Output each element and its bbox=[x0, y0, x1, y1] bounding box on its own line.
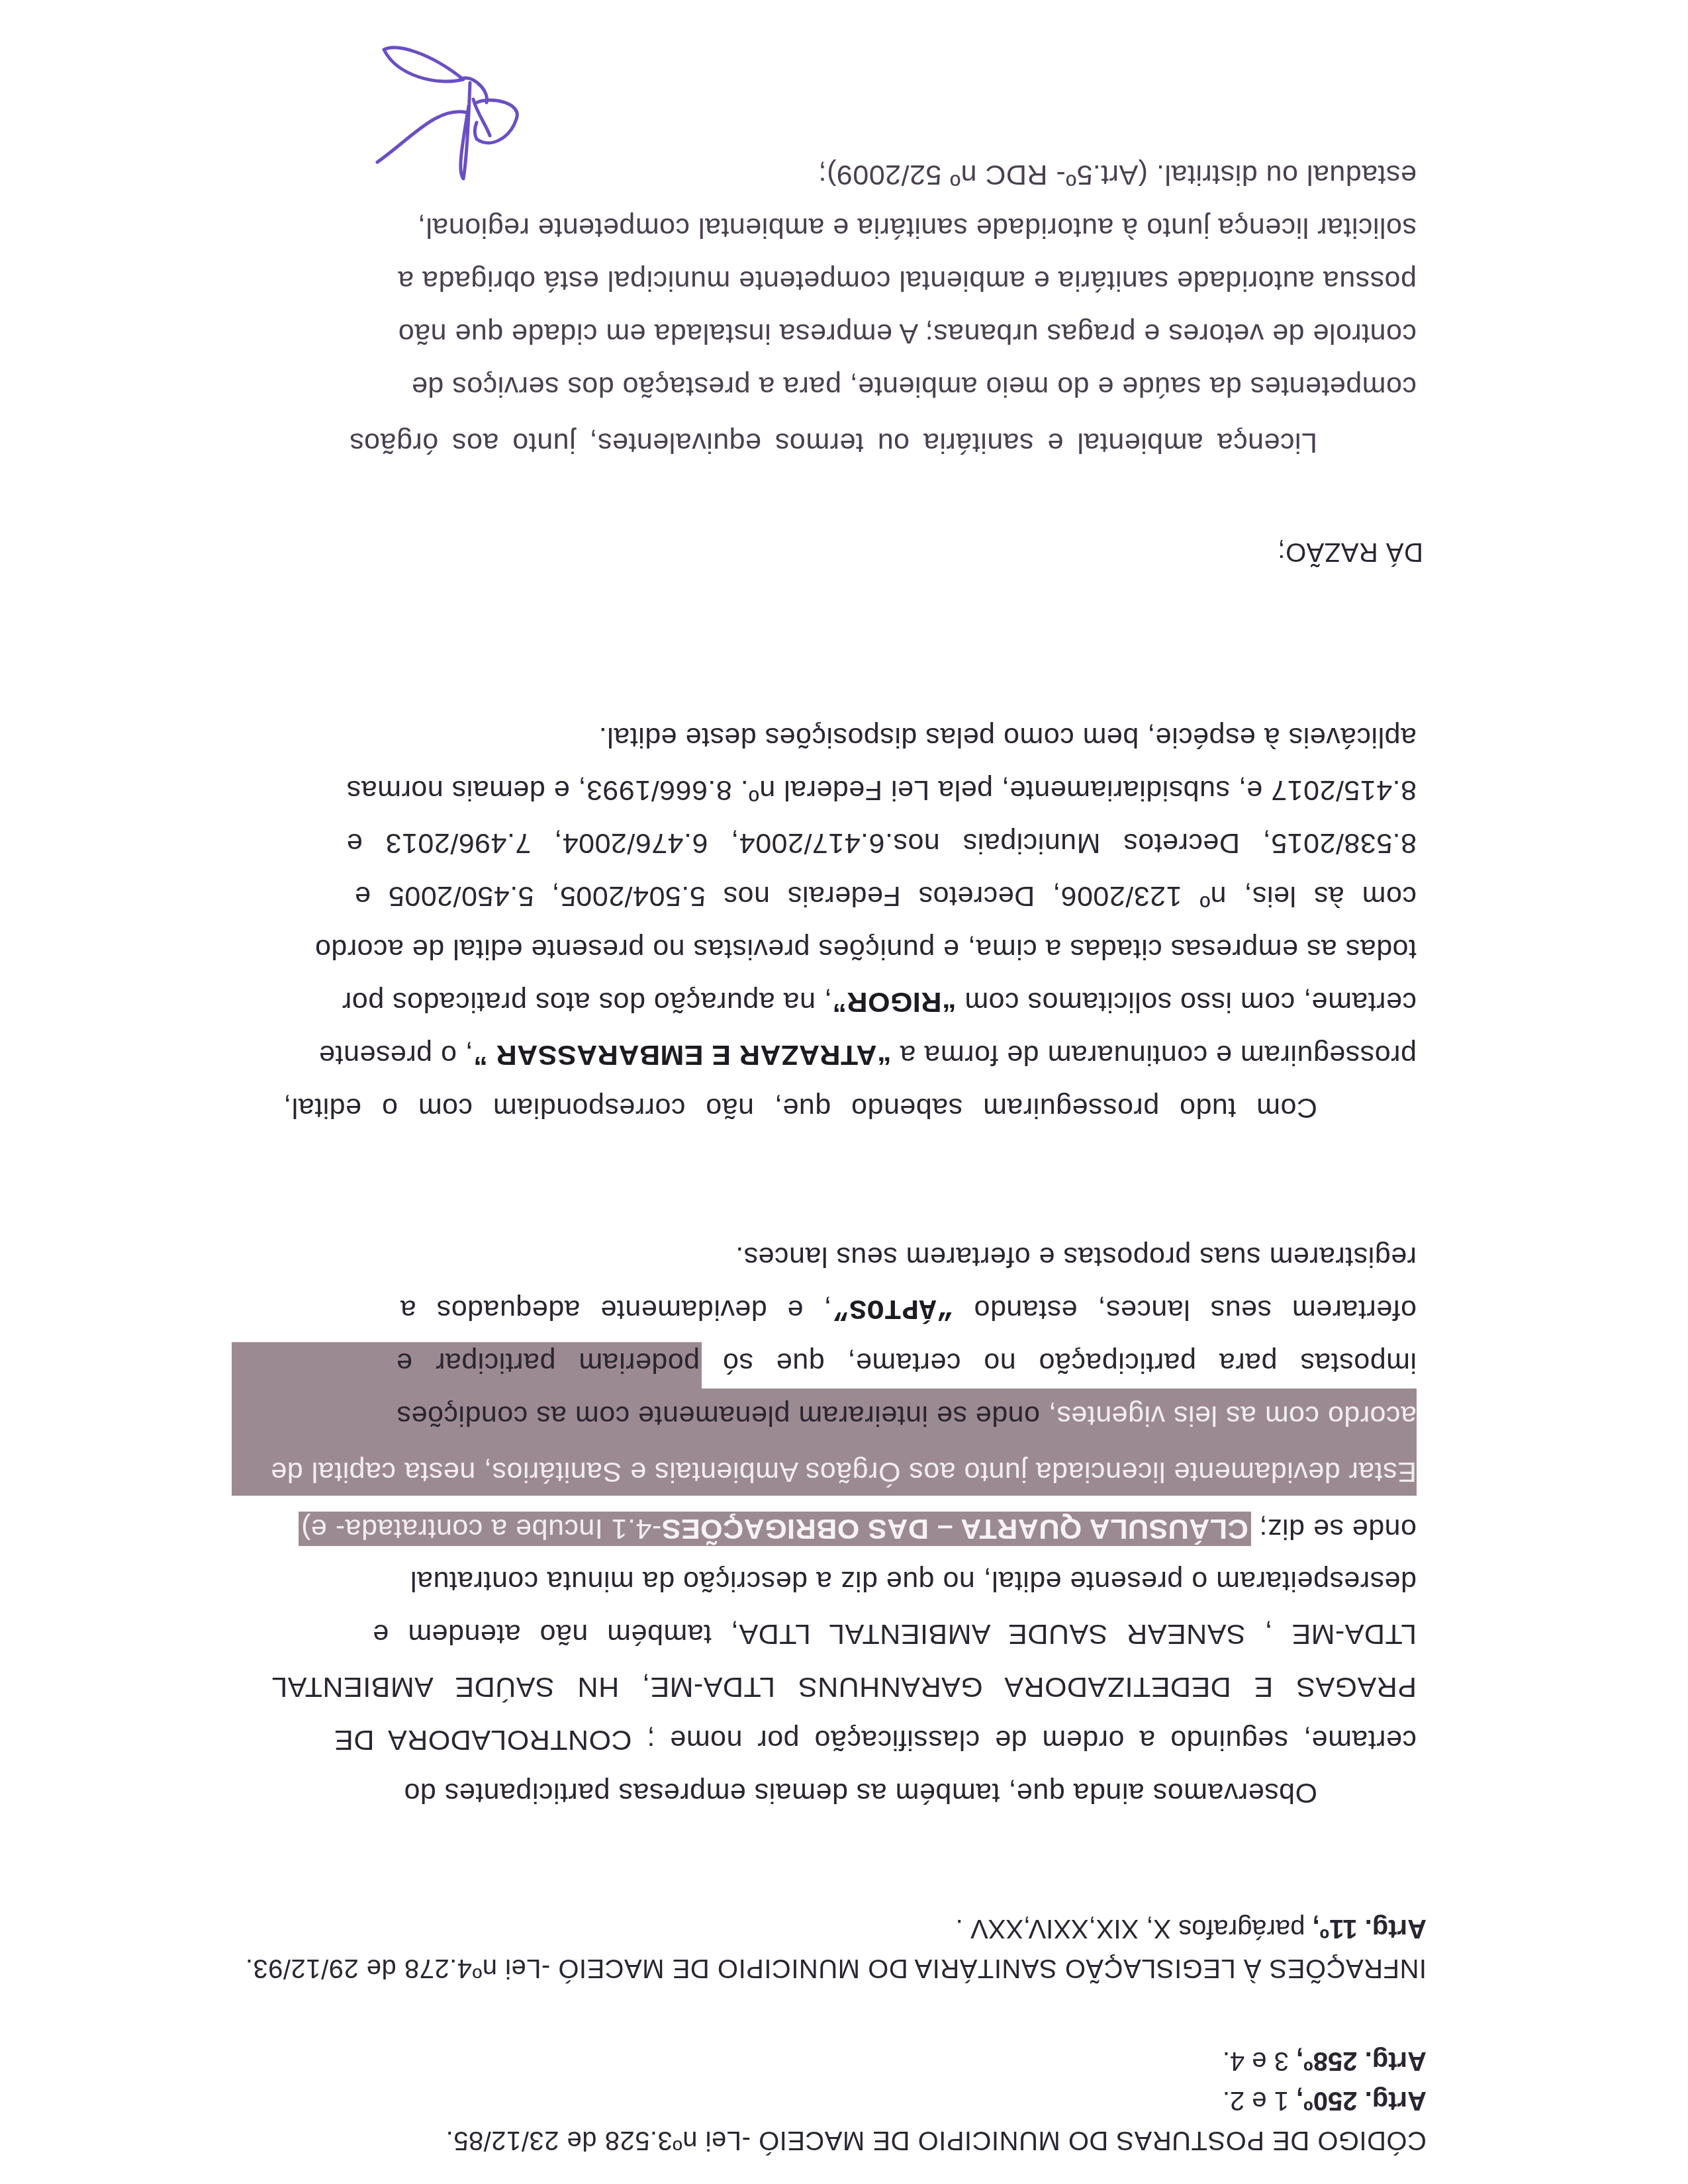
paragraph-1-line-2: certame, seguindo a ordem de classificaç… bbox=[238, 1723, 1417, 1757]
paragraph-2-line-7: 8.415/2017 e, subsidiariamente, pela Lei… bbox=[238, 773, 1417, 807]
section-heading: DÁ RAZÃO; bbox=[1278, 535, 1423, 569]
article-11-label: Artg. 11º, bbox=[1313, 1914, 1427, 1943]
line-10-text-b: , e devidamente adequados a bbox=[400, 1294, 831, 1326]
paragraph-1-line-8: acordo com as leis vigentes, onde se int… bbox=[238, 1398, 1417, 1433]
codigo-posturas-reference: CÓDIGO DE POSTURAS DO MUNICIPIO DE MACEI… bbox=[445, 2123, 1427, 2158]
paragraph-2-line-3: certame, com isso solicitamos com “RIGOR… bbox=[238, 985, 1417, 1019]
clause-highlight: CLÁUSULA QUARTA – DAS OBRIGAÇÕES-4.1 Inc… bbox=[299, 1512, 1251, 1546]
paragraph-3-line-4: possua autoridade sanitária e ambiental … bbox=[238, 263, 1417, 298]
line-10-text-a: ofertarem seus lances, estando bbox=[954, 1294, 1417, 1326]
paragraph-1-line-6: onde se diz; CLÁUSULA QUARTA – DAS OBRIG… bbox=[238, 1509, 1417, 1549]
article-11-items: parágrafos X, XIX,XXIV,XXV . bbox=[956, 1914, 1313, 1943]
paragraph-1-line-4: LTDA-ME , SANEAR SAUDE AMBIENTAL LTDA, t… bbox=[238, 1617, 1417, 1651]
paragraph-3-line-3: controle de vetores e pragas urbanas; A … bbox=[238, 316, 1417, 351]
paragraph-3-line-2: competentes da saúde e do meio ambiente,… bbox=[238, 369, 1417, 404]
article-258-label: Artg. 258º, bbox=[1296, 2046, 1427, 2075]
highlighted-laws-text: acordo com as leis vigentes, bbox=[1048, 1400, 1417, 1432]
article-250-items: 1 e 2. bbox=[1223, 2086, 1296, 2115]
aptos-emphasis: “ÁPTOS” bbox=[831, 1292, 953, 1324]
scanned-document-page: CÓDIGO DE POSTURAS DO MUNICIPIO DE MACEI… bbox=[0, 0, 1688, 2184]
clause-intro: onde se diz; bbox=[1259, 1513, 1417, 1545]
paragraph-2-line-5: com às leis, nº 123/2006, Decretos Feder… bbox=[238, 879, 1417, 913]
article-258-reference: Artg. 258º, 3 e 4. bbox=[1223, 2044, 1427, 2078]
article-258-items: 3 e 4. bbox=[1223, 2046, 1296, 2075]
paragraph-1-line-9: impostas para participação no certame, q… bbox=[238, 1345, 1417, 1380]
clause-title: CLÁUSULA QUARTA – DAS OBRIGAÇÕES bbox=[661, 1513, 1248, 1545]
infracoes-reference: INFRAÇÕES À LEGISLAÇÃO SANITÁRIA DO MUNI… bbox=[245, 1951, 1427, 1985]
article-11-reference: Artg. 11º, parágrafos X, XIX,XXIV,XXV . bbox=[956, 1911, 1427, 1946]
paragraph-2-line-1: Com tudo prosseguiram sabendo que, não c… bbox=[238, 1091, 1317, 1125]
atrazar-emphasis: “ATRAZAR E EMBARASSAR ” bbox=[473, 1039, 892, 1071]
handwritten-signature-icon bbox=[357, 40, 530, 199]
paragraph-1-line-5: desrespeitaram o presente edital, no que… bbox=[238, 1564, 1417, 1598]
line-2-text-b: , o presente bbox=[319, 1039, 473, 1071]
paragraph-1-line-3: PRAGAS E DEDETIZADORA GARANHUNS LTDA-ME,… bbox=[238, 1670, 1417, 1704]
paragraph-1-line-10: ofertarem seus lances, estando “ÁPTOS”, … bbox=[238, 1291, 1417, 1327]
line-3-text-a: certame, com isso solicitamos com bbox=[956, 986, 1417, 1018]
line-2-text-a: prosseguiram e continuaram de forma a bbox=[892, 1039, 1417, 1071]
paragraph-3-line-5: solicitar licença junto à autoridade san… bbox=[238, 210, 1417, 245]
line-3-text-b: , na apuração dos atos praticados por bbox=[342, 986, 832, 1018]
paragraph-2-line-6: 8.538/2015, Decretos Municipais nos.6.41… bbox=[238, 826, 1417, 860]
article-250-label: Artg. 250º, bbox=[1296, 2086, 1427, 2115]
paragraph-2-line-8: aplicáveis à espécie, bem como pelas dis… bbox=[238, 720, 1417, 754]
paragraph-3-line-1: Licença ambiental e sanitária ou termos … bbox=[238, 426, 1317, 460]
paragraph-1-line-7: Estar devidamente licenciada junto aos Ó… bbox=[238, 1455, 1417, 1489]
paragraph-1-line-1: Observamos ainda que, também as demais e… bbox=[238, 1776, 1317, 1810]
paragraph-2-line-4: todas as empresas citadas a cima, e puni… bbox=[238, 932, 1417, 966]
article-250-reference: Artg. 250º, 1 e 2. bbox=[1223, 2083, 1427, 2118]
paragraph-1-line-11: registrarem suas propostas e ofertarem s… bbox=[238, 1240, 1417, 1274]
rigor-emphasis: “RIGOR” bbox=[832, 986, 956, 1018]
paragraph-2-line-2: prosseguiram e continuaram de forma a “A… bbox=[238, 1038, 1417, 1072]
paragraph-1-line-8-rest: onde se inteiraram plenamente com as con… bbox=[397, 1400, 1048, 1432]
clause-item: -4.1 Incube a contratada- e) bbox=[301, 1513, 662, 1545]
